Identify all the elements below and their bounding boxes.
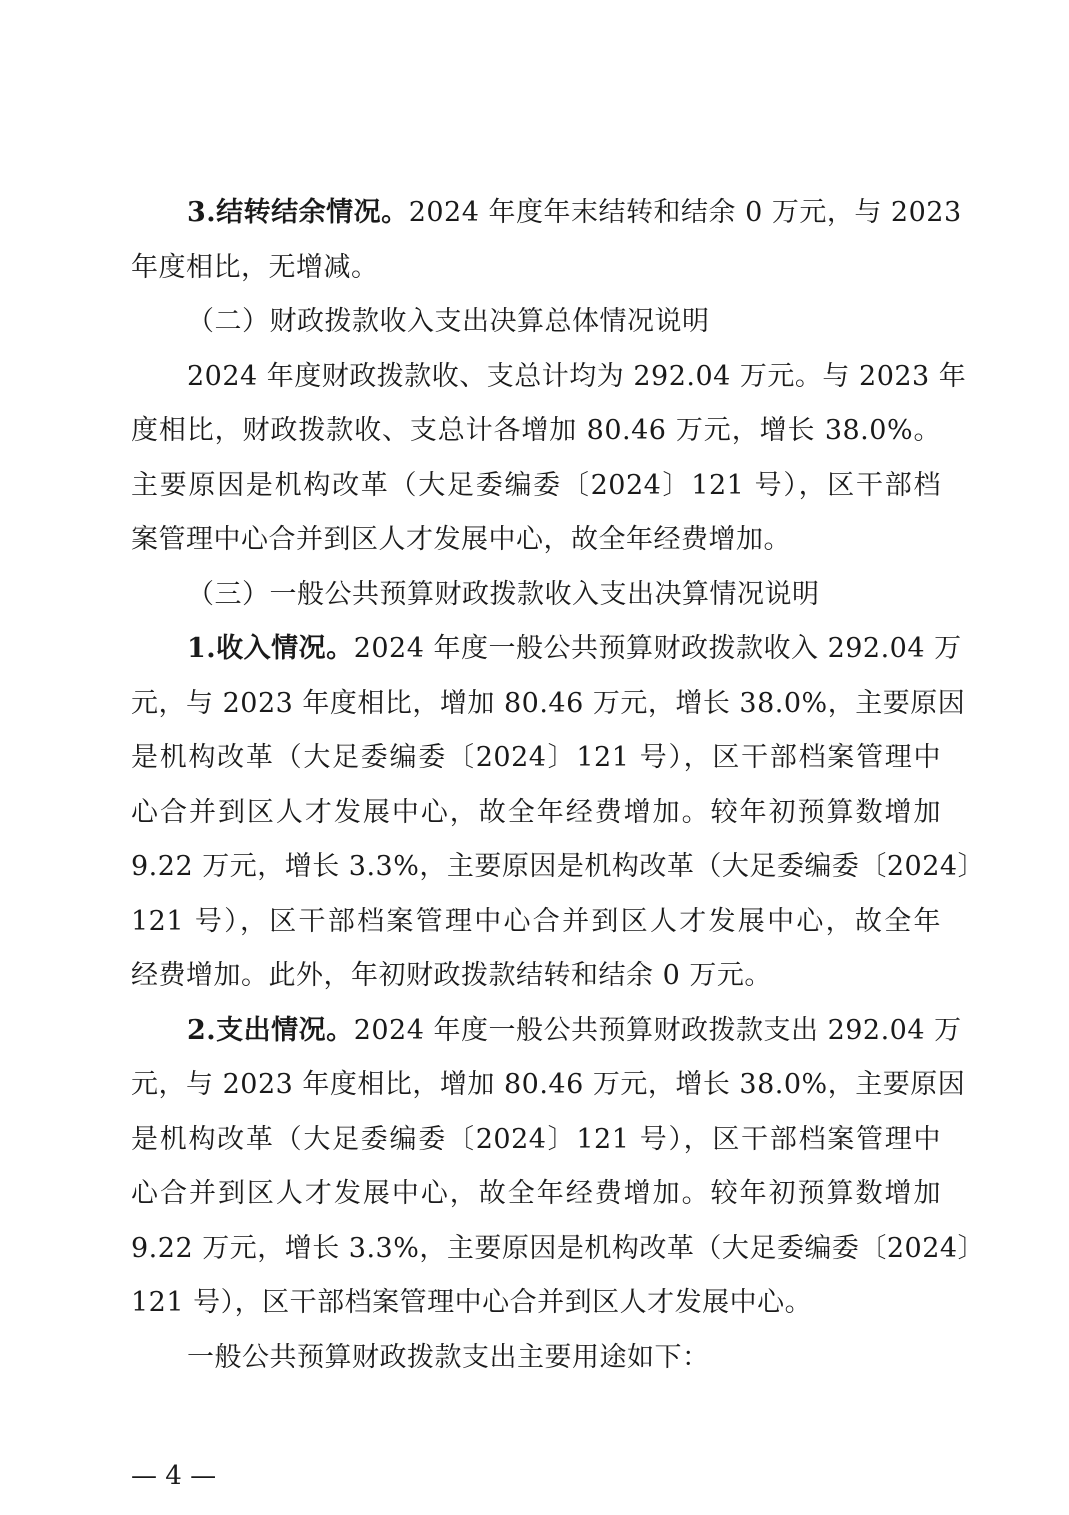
- section-heading: （三）一般公共预算财政拨款收入支出决算情况说明: [187, 575, 941, 615]
- paragraph-line: 元，与 2023 年度相比，增加 80.46 万元，增长 38.0%，主要原因: [131, 684, 941, 724]
- line-text: 心合并到区人才发展中心，故全年经费增加。较年初预算数增加: [131, 1178, 941, 1209]
- line-text: 经费增加。此外，年初财政拨款结转和结余 0 万元。: [131, 960, 772, 991]
- paragraph-line: 心合并到区人才发展中心，故全年经费增加。较年初预算数增加: [131, 1174, 941, 1214]
- line-text: 度相比，财政拨款收、支总计各增加 80.46 万元，增长 38.0%。: [131, 415, 941, 446]
- line-text: 元，与 2023 年度相比，增加 80.46 万元，增长 38.0%，主要原因: [131, 688, 965, 719]
- section-lead: 1.收入情况。: [187, 633, 354, 664]
- line-text: 心合并到区人才发展中心，故全年经费增加。较年初预算数增加: [131, 797, 941, 828]
- paragraph-line: 1.收入情况。2024 年度一般公共预算财政拨款收入 292.04 万: [187, 629, 941, 669]
- paragraph-line: 心合并到区人才发展中心，故全年经费增加。较年初预算数增加: [131, 793, 941, 833]
- line-text: 是机构改革（大足委编委〔2024〕121 号），区干部档案管理中: [131, 742, 941, 773]
- line-text: 9.22 万元，增长 3.3%，主要原因是机构改革（大足委编委〔2024〕: [131, 851, 985, 882]
- line-text: 2024 年度一般公共预算财政拨款收入 292.04 万: [354, 633, 962, 664]
- line-text: 元，与 2023 年度相比，增加 80.46 万元，增长 38.0%，主要原因: [131, 1069, 965, 1100]
- line-text: 是机构改革（大足委编委〔2024〕121 号），区干部档案管理中: [131, 1124, 941, 1155]
- paragraph-line: 121 号），区干部档案管理中心合并到区人才发展中心。: [131, 1283, 941, 1323]
- section-lead: 3.结转结余情况。: [187, 197, 409, 228]
- document-page: 3.结转结余情况。2024 年度年末结转和结余 0 万元，与 2023 年度相比…: [0, 0, 1069, 1515]
- line-text: 121 号），区干部档案管理中心合并到区人才发展中心。: [131, 1287, 812, 1318]
- paragraph-line: 9.22 万元，增长 3.3%，主要原因是机构改革（大足委编委〔2024〕: [131, 1229, 941, 1269]
- section-lead: 2.支出情况。: [187, 1015, 354, 1046]
- page-number: — 4 —: [131, 1458, 216, 1494]
- paragraph-line: 3.结转结余情况。2024 年度年末结转和结余 0 万元，与 2023: [187, 193, 941, 233]
- line-text: 案管理中心合并到区人才发展中心，故全年经费增加。: [131, 524, 791, 555]
- line-text: 一般公共预算财政拨款支出主要用途如下：: [187, 1342, 710, 1373]
- paragraph-line: 是机构改革（大足委编委〔2024〕121 号），区干部档案管理中: [131, 1120, 941, 1160]
- line-text: 9.22 万元，增长 3.3%，主要原因是机构改革（大足委编委〔2024〕: [131, 1233, 985, 1264]
- paragraph-line: 经费增加。此外，年初财政拨款结转和结余 0 万元。: [131, 956, 941, 996]
- paragraph-line: 是机构改革（大足委编委〔2024〕121 号），区干部档案管理中: [131, 738, 941, 778]
- paragraph-line: 案管理中心合并到区人才发展中心，故全年经费增加。: [131, 520, 941, 560]
- paragraph-line: 年度相比，无增减。: [131, 248, 941, 288]
- paragraph-line: 主要原因是机构改革（大足委编委〔2024〕121 号），区干部档: [131, 466, 941, 506]
- line-text: 2024 年度一般公共预算财政拨款支出 292.04 万: [354, 1015, 962, 1046]
- line-text: 年度相比，无增减。: [131, 252, 379, 283]
- paragraph-line: 2024 年度财政拨款收、支总计均为 292.04 万元。与 2023 年: [187, 357, 941, 397]
- line-text: 2024 年度年末结转和结余 0 万元，与 2023: [409, 197, 962, 228]
- paragraph-line: 元，与 2023 年度相比，增加 80.46 万元，增长 38.0%，主要原因: [131, 1065, 941, 1105]
- line-text: （二）财政拨款收入支出决算总体情况说明: [187, 306, 710, 337]
- paragraph-line: 121 号），区干部档案管理中心合并到区人才发展中心，故全年: [131, 902, 941, 942]
- paragraph-line: 9.22 万元，增长 3.3%，主要原因是机构改革（大足委编委〔2024〕: [131, 847, 941, 887]
- paragraph-line: 度相比，财政拨款收、支总计各增加 80.46 万元，增长 38.0%。: [131, 411, 941, 451]
- line-text: （三）一般公共预算财政拨款收入支出决算情况说明: [187, 579, 820, 610]
- section-heading: （二）财政拨款收入支出决算总体情况说明: [187, 302, 941, 342]
- line-text: 121 号），区干部档案管理中心合并到区人才发展中心，故全年: [131, 906, 941, 937]
- paragraph-line: 一般公共预算财政拨款支出主要用途如下：: [187, 1338, 941, 1378]
- line-text: 主要原因是机构改革（大足委编委〔2024〕121 号），区干部档: [131, 470, 941, 501]
- line-text: 2024 年度财政拨款收、支总计均为 292.04 万元。与 2023 年: [187, 361, 966, 392]
- paragraph-line: 2.支出情况。2024 年度一般公共预算财政拨款支出 292.04 万: [187, 1011, 941, 1051]
